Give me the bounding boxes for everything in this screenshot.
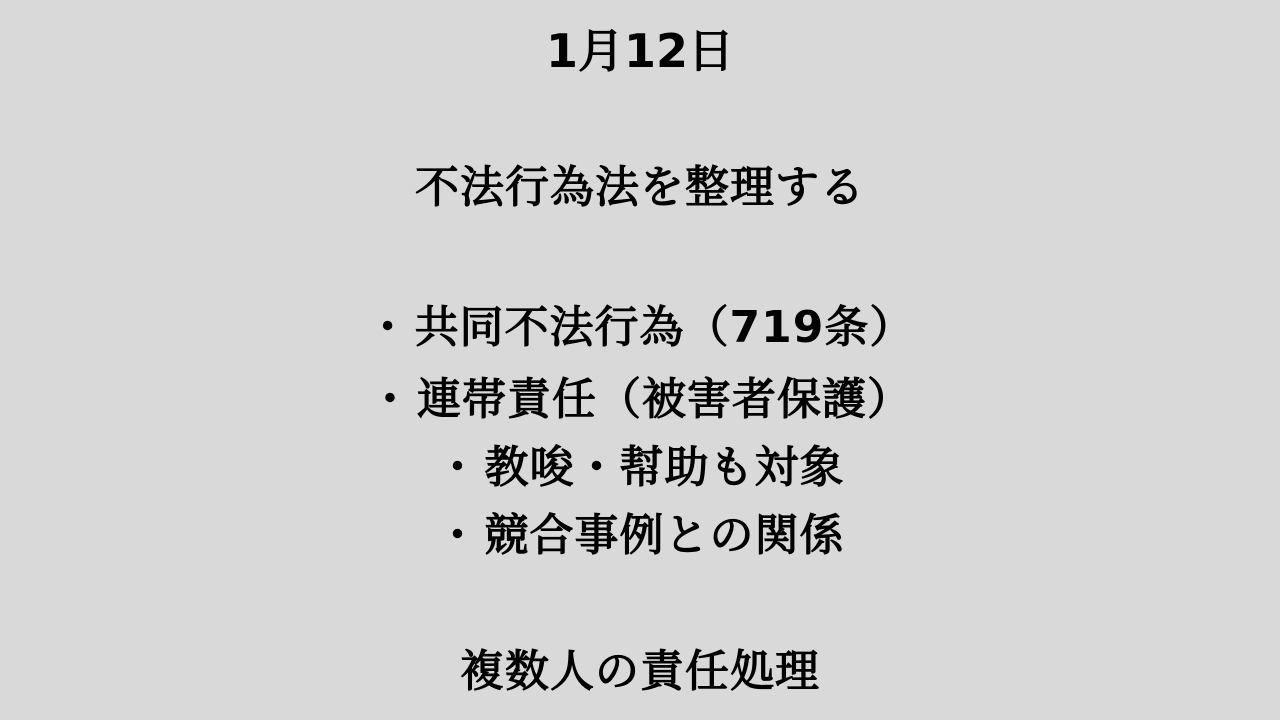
slide: 1月12日 不法行為法を整理する ・共同不法行為（719条） ・連帯責任（被害者… bbox=[0, 0, 1280, 720]
bullet-item: ・競合事例との関係 bbox=[0, 514, 1280, 558]
bullet-text: 競合事例との関係 bbox=[485, 510, 845, 561]
footer-caption: 複数人の責任処理 bbox=[0, 650, 1280, 694]
bullet-marker: ・ bbox=[368, 378, 413, 422]
date-heading: 1月12日 bbox=[0, 28, 1280, 74]
bullet-text: 教唆・幇助も対象 bbox=[485, 442, 845, 493]
bullet-item: ・教唆・幇助も対象 bbox=[0, 446, 1280, 490]
bullet-marker: ・ bbox=[366, 306, 411, 350]
bullet-marker: ・ bbox=[436, 446, 481, 490]
bullet-marker: ・ bbox=[436, 514, 481, 558]
bullet-item: ・連帯責任（被害者保護） bbox=[0, 378, 1280, 422]
bullet-text: 連帯責任（被害者保護） bbox=[417, 374, 912, 425]
slide-title: 不法行為法を整理する bbox=[0, 166, 1280, 210]
bullet-item: ・共同不法行為（719条） bbox=[0, 306, 1280, 350]
bullet-text: 共同不法行為（719条） bbox=[415, 302, 915, 353]
